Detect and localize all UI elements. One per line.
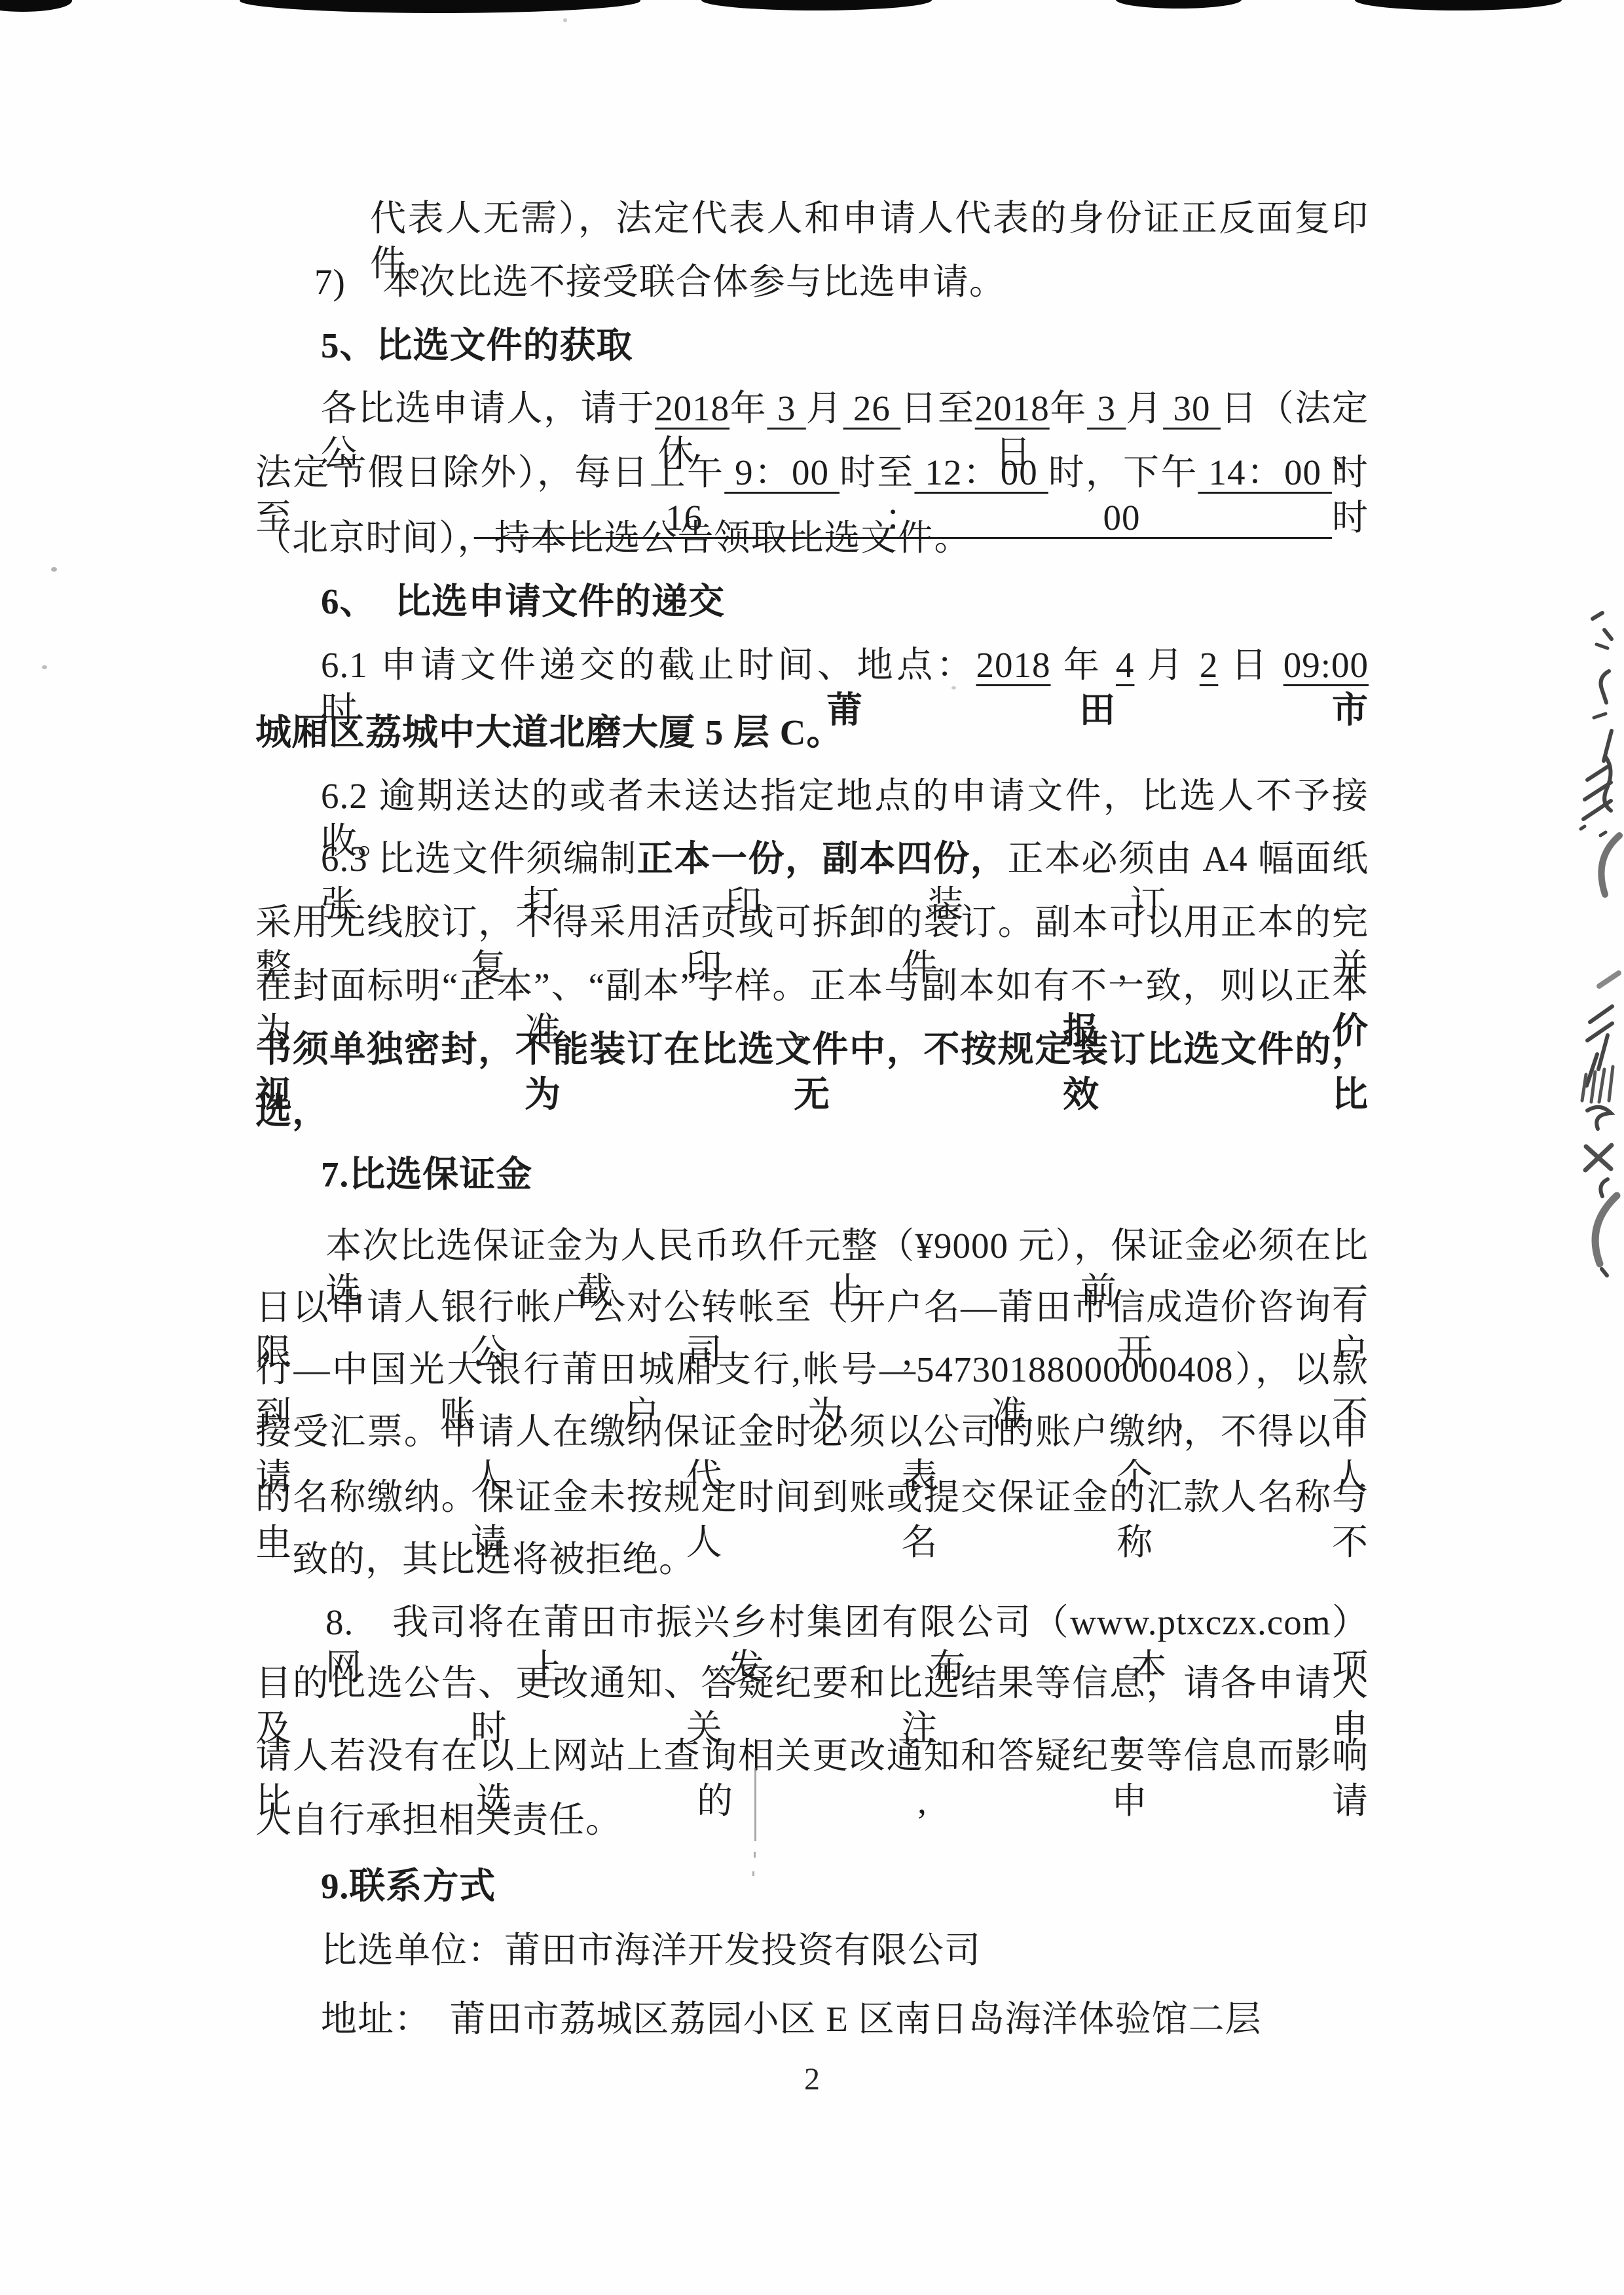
paper-speck: [51, 567, 57, 572]
text-segment: 一致的，其比选将被拒绝。: [255, 1539, 695, 1579]
text-line: 地址： 莆田市荔城区荔园小区 E 区南日岛海洋体验馆二层: [321, 1997, 1369, 2042]
text-segment: 各比选申请人，请于: [321, 388, 655, 428]
text-segment: 月: [1126, 388, 1163, 428]
scan-artifact-top-edge: [1116, 0, 1242, 9]
text-segment: 7.比选保证金: [321, 1154, 532, 1194]
paper-speck: [951, 686, 956, 689]
text-line: 城厢区荔城中大道北磨大厦 5 层 C。: [255, 710, 1369, 756]
scan-artifact-top-edge: [701, 0, 932, 10]
text-segment: 12：00: [914, 452, 1048, 492]
document-page: 代表人无需），法定代表人和申请人代表的身份证正反面复印件。7) 本次比选不接受联…: [0, 0, 1624, 2295]
text-segment: 选，: [255, 1092, 329, 1131]
text-line: 比选单位：莆田市海洋开发投资有限公司: [321, 1928, 1369, 1974]
paper-speck: [42, 665, 47, 669]
text-segment: 9.联系方式: [321, 1866, 496, 1906]
text-segment: 3: [767, 388, 805, 428]
text-segment: 30: [1163, 388, 1221, 428]
text-segment: 2018: [975, 388, 1050, 428]
text-segment: 26: [843, 388, 900, 428]
vertical-scan-line-artifact: [754, 1768, 756, 1841]
text-segment: 年: [729, 388, 767, 428]
text-segment: 时至: [840, 452, 914, 492]
text-segment: 14：00: [1198, 452, 1332, 492]
text-line: 选，: [255, 1090, 1369, 1135]
text-segment: 3: [1087, 388, 1126, 428]
text-segment: 6.1 申请文件递交的截止时间、地点：: [321, 645, 976, 685]
text-segment: 2: [1200, 645, 1219, 685]
text-segment: 时，下午: [1048, 452, 1198, 492]
text-segment: 2018: [976, 645, 1051, 685]
text-segment: 法定节假日除外），每日上午: [255, 452, 724, 492]
page-number: 2: [0, 2061, 1624, 2097]
text-segment: 6.3 比选文件须编制: [321, 839, 637, 879]
text-line: 6、 比选申请文件的递交: [321, 579, 1369, 625]
text-line: 一致的，其比选将被拒绝。: [255, 1537, 1369, 1583]
scan-artifact-top-edge: [1355, 0, 1562, 10]
text-segment: 比选单位：莆田市海洋开发投资有限公司: [321, 1930, 981, 1970]
text-segment: 5、比选文件的获取: [321, 325, 633, 365]
scan-artifact-dot: [754, 1852, 756, 1858]
text-line: 9.联系方式: [321, 1864, 1369, 1909]
text-segment: 人自行承担相关责任。: [255, 1800, 622, 1840]
text-segment: 年: [1051, 645, 1116, 685]
text-line: 7.比选保证金: [321, 1152, 1369, 1198]
text-segment: 9：00: [724, 452, 840, 492]
text-line: 7) 本次比选不接受联合体参与比选申请。: [314, 260, 1369, 305]
text-segment: 6、 比选申请文件的递交: [321, 581, 725, 621]
text-line: 5、比选文件的获取: [321, 323, 1369, 369]
text-segment: 4: [1116, 645, 1135, 685]
text-line: （北京时间），持本比选公告领取比选文件。: [255, 516, 1369, 561]
handwriting-ink-marks: [1568, 602, 1624, 1283]
text-segment: 2018: [655, 388, 729, 428]
text-segment: 7) 本次比选不接受联合体参与比选申请。: [314, 262, 1006, 302]
text-segment: 地址： 莆田市荔城区荔园小区 E 区南日岛海洋体验馆二层: [321, 1999, 1262, 2039]
text-segment: 年: [1050, 388, 1087, 428]
scan-artifact-dot: [752, 1871, 754, 1876]
text-segment: 日至: [900, 388, 974, 428]
scan-artifact-top-edge: [240, 0, 640, 13]
text-segment: 正本一份，副本四份，: [637, 839, 1007, 879]
scan-artifact-top-edge: [0, 0, 72, 12]
text-line: 人自行承担相关责任。: [255, 1798, 1369, 1843]
text-segment: 月: [1134, 645, 1199, 685]
text-segment: 城厢区荔城中大道北磨大厦 5 层 C。: [255, 712, 843, 752]
text-segment: 月: [806, 388, 843, 428]
paper-speck: [563, 18, 567, 22]
text-segment: 日: [1218, 645, 1283, 685]
text-segment: （北京时间），持本比选公告领取比选文件。: [255, 518, 971, 558]
text-segment: 09:00: [1283, 645, 1369, 685]
